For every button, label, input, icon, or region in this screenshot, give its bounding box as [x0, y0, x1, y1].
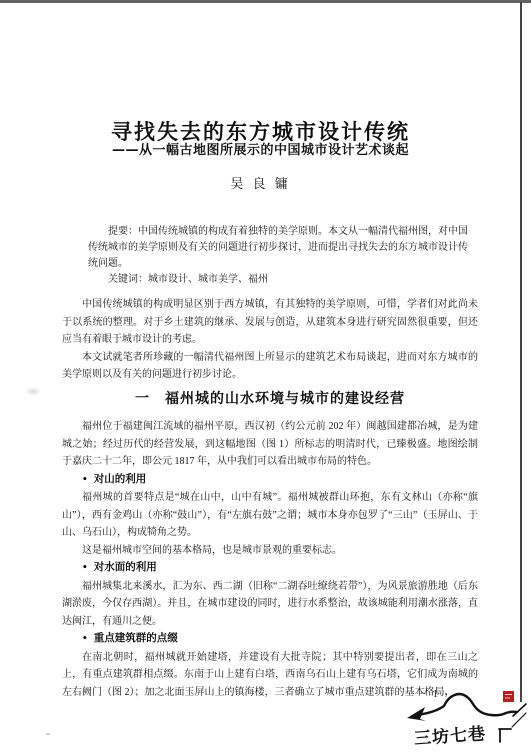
stamp-corner-mark-icon: [499, 713, 526, 742]
bullet-heading-mountain-use: •对山的利用: [62, 471, 478, 490]
article-author: 吴 良 镛: [0, 173, 521, 192]
intro-paragraph-1: 中国传统城镇的构成明显区别于西方城镇，有其独特的美学原则，可惜，学者们对此尚未于…: [62, 296, 478, 349]
section-1-heading: 一 福州城的山水环境与城市的建设经营: [62, 391, 478, 409]
scan-top-edge: [0, 0, 531, 3]
bullet-dot-icon: •: [82, 475, 88, 485]
fuzhou-history-paragraph: 福州位于福建闽江流域的福州平原，西汉初（约公元前 202 年）闽越国建都冶城，是…: [62, 418, 478, 471]
red-seal-icon: [503, 691, 514, 702]
scan-dust-speck: [46, 733, 50, 735]
bullet-heading-water-use: •对水面的利用: [62, 559, 478, 578]
scanned-paper-page: 寻找失去的东方城市设计传统 ——从一幅古地图所展示的中国城市设计艺术谈起 吴 良…: [0, 0, 531, 753]
bullet-heading-landmark-buildings: •重点建筑群的点缀: [62, 630, 478, 649]
keywords-line: 关键词：城市设计、城市美学、福州: [88, 272, 468, 288]
water-use-paragraph: 福州城集北来溪水，汇为东、西二湖（旧称“二湖吞吐缭绕若带”），为风景旅游胜地（后…: [62, 578, 478, 631]
article-body: 中国传统城镇的构成明显区别于西方城镇，有其独特的美学原则，可惜，学者们对此尚未于…: [62, 296, 478, 701]
scan-right-border: [520, 2, 522, 702]
bullet-label: 重点建筑群的点缀: [94, 632, 178, 644]
abstract-block: 提要：中国传统城镇的构成有着独特的美学原则。本文从一幅清代福州图，对中国传统城市…: [88, 224, 468, 288]
mountain-use-paragraph: 福州城的首要特点是“城在山中，山中有城”。福州城被群山环抱，东有文林山（亦称“旗…: [62, 489, 478, 542]
sanfang-qixiang-stamp: 三坊七巷: [400, 685, 531, 753]
mountain-use-summary: 这是福州城市空间的基本格局，也是城市景观的重要标志。: [62, 542, 478, 560]
article-subtitle: ——从一幅古地图所展示的中国城市设计艺术谈起: [0, 139, 521, 158]
bullet-dot-icon: •: [82, 634, 88, 644]
bullet-label: 对山的利用: [94, 473, 147, 485]
bullet-dot-icon: •: [82, 563, 88, 573]
stamp-calligraphy-text: 三坊七巷: [413, 723, 486, 749]
bullet-label: 对水面的利用: [94, 561, 157, 573]
abstract-text: 提要：中国传统城镇的构成有着独特的美学原则。本文从一幅清代福州图，对中国传统城市…: [88, 224, 468, 272]
scan-smudge: [25, 387, 41, 396]
intro-paragraph-2: 本文试就笔者所珍藏的一幅清代福州图上所显示的建筑艺术布局谈起，进而对东方城市的美…: [62, 349, 478, 384]
